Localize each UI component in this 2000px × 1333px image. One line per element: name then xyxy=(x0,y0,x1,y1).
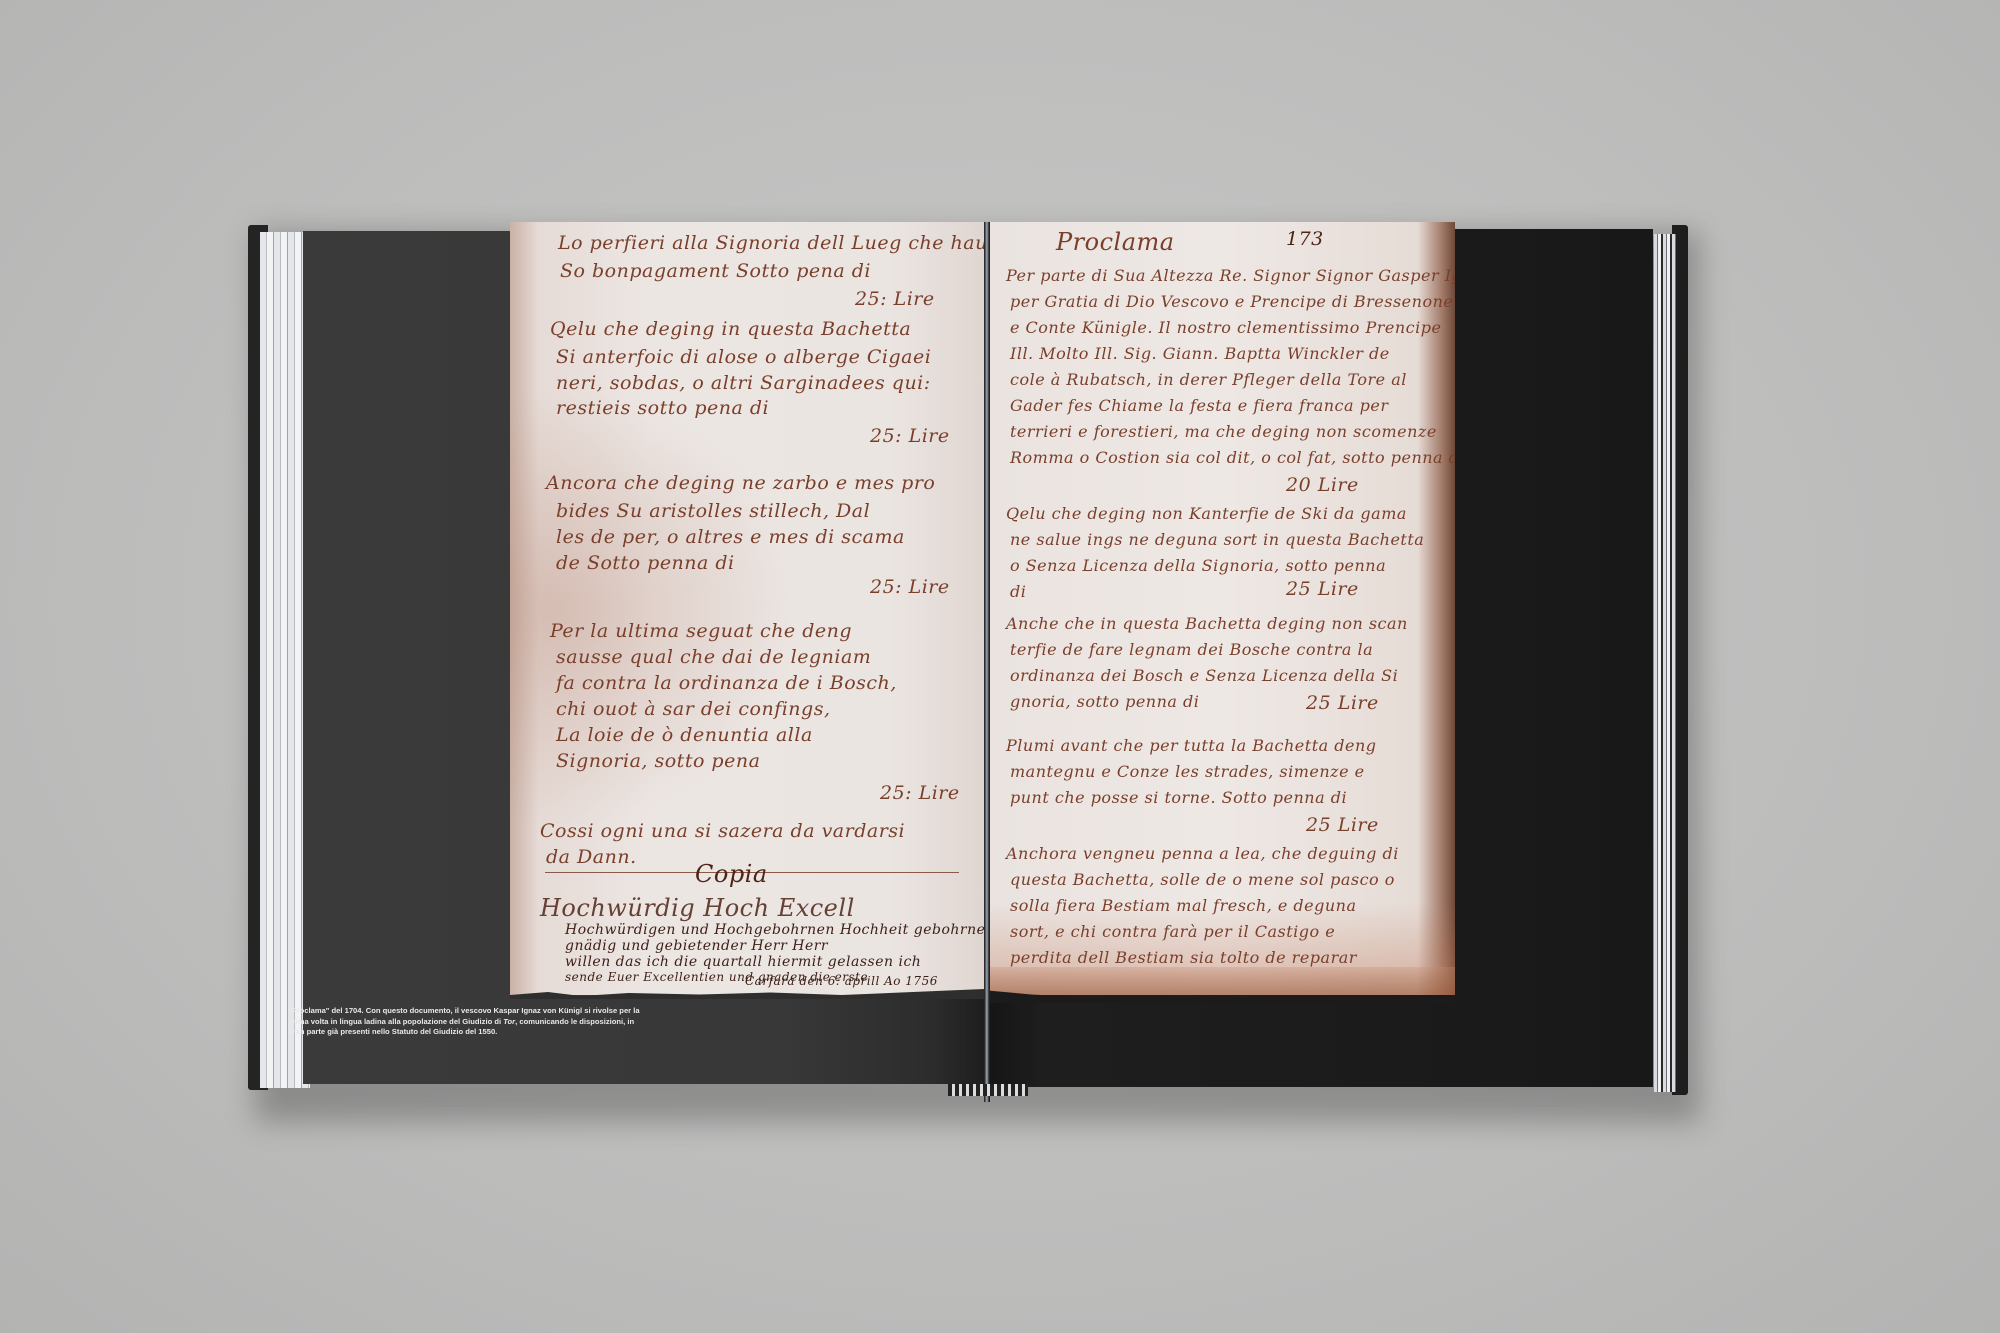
page-stack-right xyxy=(1654,234,1676,1092)
manuscript-photo: Lo perfieri alla Signoria dell Lueg che … xyxy=(510,222,1455,995)
manuscript-line: chi ouot à sar dei confings, xyxy=(556,698,831,720)
copy-salutation: Hochwürdig Hoch Excell xyxy=(540,894,855,922)
manuscript-line: Romma o Costion sia col dit, o col fat, … xyxy=(1010,448,1455,467)
manuscript-line: o Senza Licenza della Signoria, sotto pe… xyxy=(1010,556,1386,575)
proclama-heading: Proclama xyxy=(1056,228,1175,256)
manuscript-line: La loie de ò denuntia alla xyxy=(556,724,813,746)
manuscript-line: Gader fes Chiame la festa e fiera franca… xyxy=(1010,396,1388,415)
manuscript-line: punt che posse si torne. Sotto penna di xyxy=(1010,788,1347,807)
copy-heading: Copia xyxy=(695,860,768,888)
manuscript-line: da Dann. xyxy=(546,846,637,868)
manuscript-line: questa Bachetta, solle de o mene sol pas… xyxy=(1010,870,1395,889)
manuscript-line: Ill. Molto Ill. Sig. Giann. Baptta Winck… xyxy=(1010,344,1390,363)
manuscript-line: 25 Lire xyxy=(1306,814,1379,836)
manuscript-line: Qelu che deging in questa Bachetta xyxy=(550,318,911,340)
manuscript-line: Qelu che deging non Kanterfie de Ski da … xyxy=(1006,504,1407,523)
figure-caption: "Proclama" del 1704. Con questo document… xyxy=(288,1006,648,1038)
copy-line: Carfara den 6: aprill Ao 1756 xyxy=(745,974,938,988)
manuscript-left-page: Lo perfieri alla Signoria dell Lueg che … xyxy=(510,222,985,995)
manuscript-line: Per la ultima seguat che deng xyxy=(550,620,852,642)
copy-line: gnädig und gebietender Herr Herr xyxy=(565,938,828,954)
manuscript-line: solla fiera Bestiam mal fresch, e deguna xyxy=(1010,896,1357,915)
caption-italic-place: Tor xyxy=(503,1017,515,1026)
manuscript-line: di xyxy=(1010,582,1026,601)
manuscript-line: 25: Lire xyxy=(870,425,950,447)
copy-line: Hochwürdigen und Hochgebohrnen Hochheit … xyxy=(565,922,985,938)
manuscript-line: ordinanza dei Bosch e Senza Licenza dell… xyxy=(1010,666,1398,685)
manuscript-line: cole à Rubatsch, in derer Pfleger della … xyxy=(1010,370,1407,389)
manuscript-line: restieis sotto pena di xyxy=(556,397,769,419)
manuscript-line: 25: Lire xyxy=(880,782,960,804)
manuscript-line: les de per, o altres e mes di scama xyxy=(556,526,905,548)
manuscript-line: So bonpagament Sotto pena di xyxy=(560,260,871,282)
manuscript-line: Plumi avant che per tutta la Bachetta de… xyxy=(1006,736,1377,755)
book-gutter xyxy=(984,222,990,1102)
spine-headband xyxy=(948,1084,1028,1096)
manuscript-right-page: Proclama 173 Per parte di Sua Altezza Re… xyxy=(986,222,1455,995)
manuscript-line: Anchora vengneu penna a lea, che deguing… xyxy=(1006,844,1399,863)
manuscript-line: Anche che in questa Bachetta deging non … xyxy=(1006,614,1408,633)
manuscript-line: bides Su aristolles stillech, Dal xyxy=(556,500,870,522)
manuscript-line: terrieri e forestieri, ma che deging non… xyxy=(1010,422,1437,441)
manuscript-line: Ancora che deging ne zarbo e mes pro xyxy=(546,472,935,494)
manuscript-line: Si anterfoic di alose o alberge Cigaei xyxy=(556,346,931,368)
manuscript-line: e Conte Künigle. Il nostro clementissimo… xyxy=(1010,318,1441,337)
manuscript-line: 25 Lire xyxy=(1306,692,1379,714)
manuscript-line: perdita dell Bestiam sia tolto de repara… xyxy=(1010,948,1357,967)
manuscript-line: Signoria, sotto pena xyxy=(556,750,760,772)
open-book: Lo perfieri alla Signoria dell Lueg che … xyxy=(248,222,1688,1112)
manuscript-line: sausse qual che dai de legniam xyxy=(556,646,871,668)
manuscript-line: 25 Lire xyxy=(1286,578,1359,600)
manuscript-line: 25: Lire xyxy=(870,576,950,598)
manuscript-page-number: 173 xyxy=(1286,228,1324,250)
copy-line: willen das ich die quartall hiermit gela… xyxy=(565,954,921,970)
manuscript-line: 25: Lire xyxy=(855,288,935,310)
manuscript-line: fa contra la ordinanza de i Bosch, xyxy=(556,672,897,694)
caption-title: "Proclama" xyxy=(288,1006,329,1015)
manuscript-line: ne salue ings ne deguna sort in questa B… xyxy=(1010,530,1424,549)
manuscript-line: gnoria, sotto penna di xyxy=(1010,692,1199,711)
manuscript-line: sort, e chi contra farà per il Castigo e xyxy=(1010,922,1335,941)
manuscript-line: 20 Lire xyxy=(1286,474,1359,496)
manuscript-line: mantegnu e Conze les strades, simenze e xyxy=(1010,762,1365,781)
manuscript-line: de Sotto penna di xyxy=(556,552,735,574)
manuscript-line: Per parte di Sua Altezza Re. Signor Sign… xyxy=(1006,266,1455,285)
manuscript-line: neri, sobdas, o altri Sarginadees qui: xyxy=(556,372,931,394)
manuscript-line: terfie de fare legnam dei Bosche contra … xyxy=(1010,640,1373,659)
manuscript-line: per Gratia di Dio Vescovo e Prencipe di … xyxy=(1010,292,1453,311)
manuscript-line: Lo perfieri alla Signoria dell Lueg che … xyxy=(558,232,985,254)
manuscript-line: Cossi ogni una si sazera da vardarsi xyxy=(540,820,905,842)
